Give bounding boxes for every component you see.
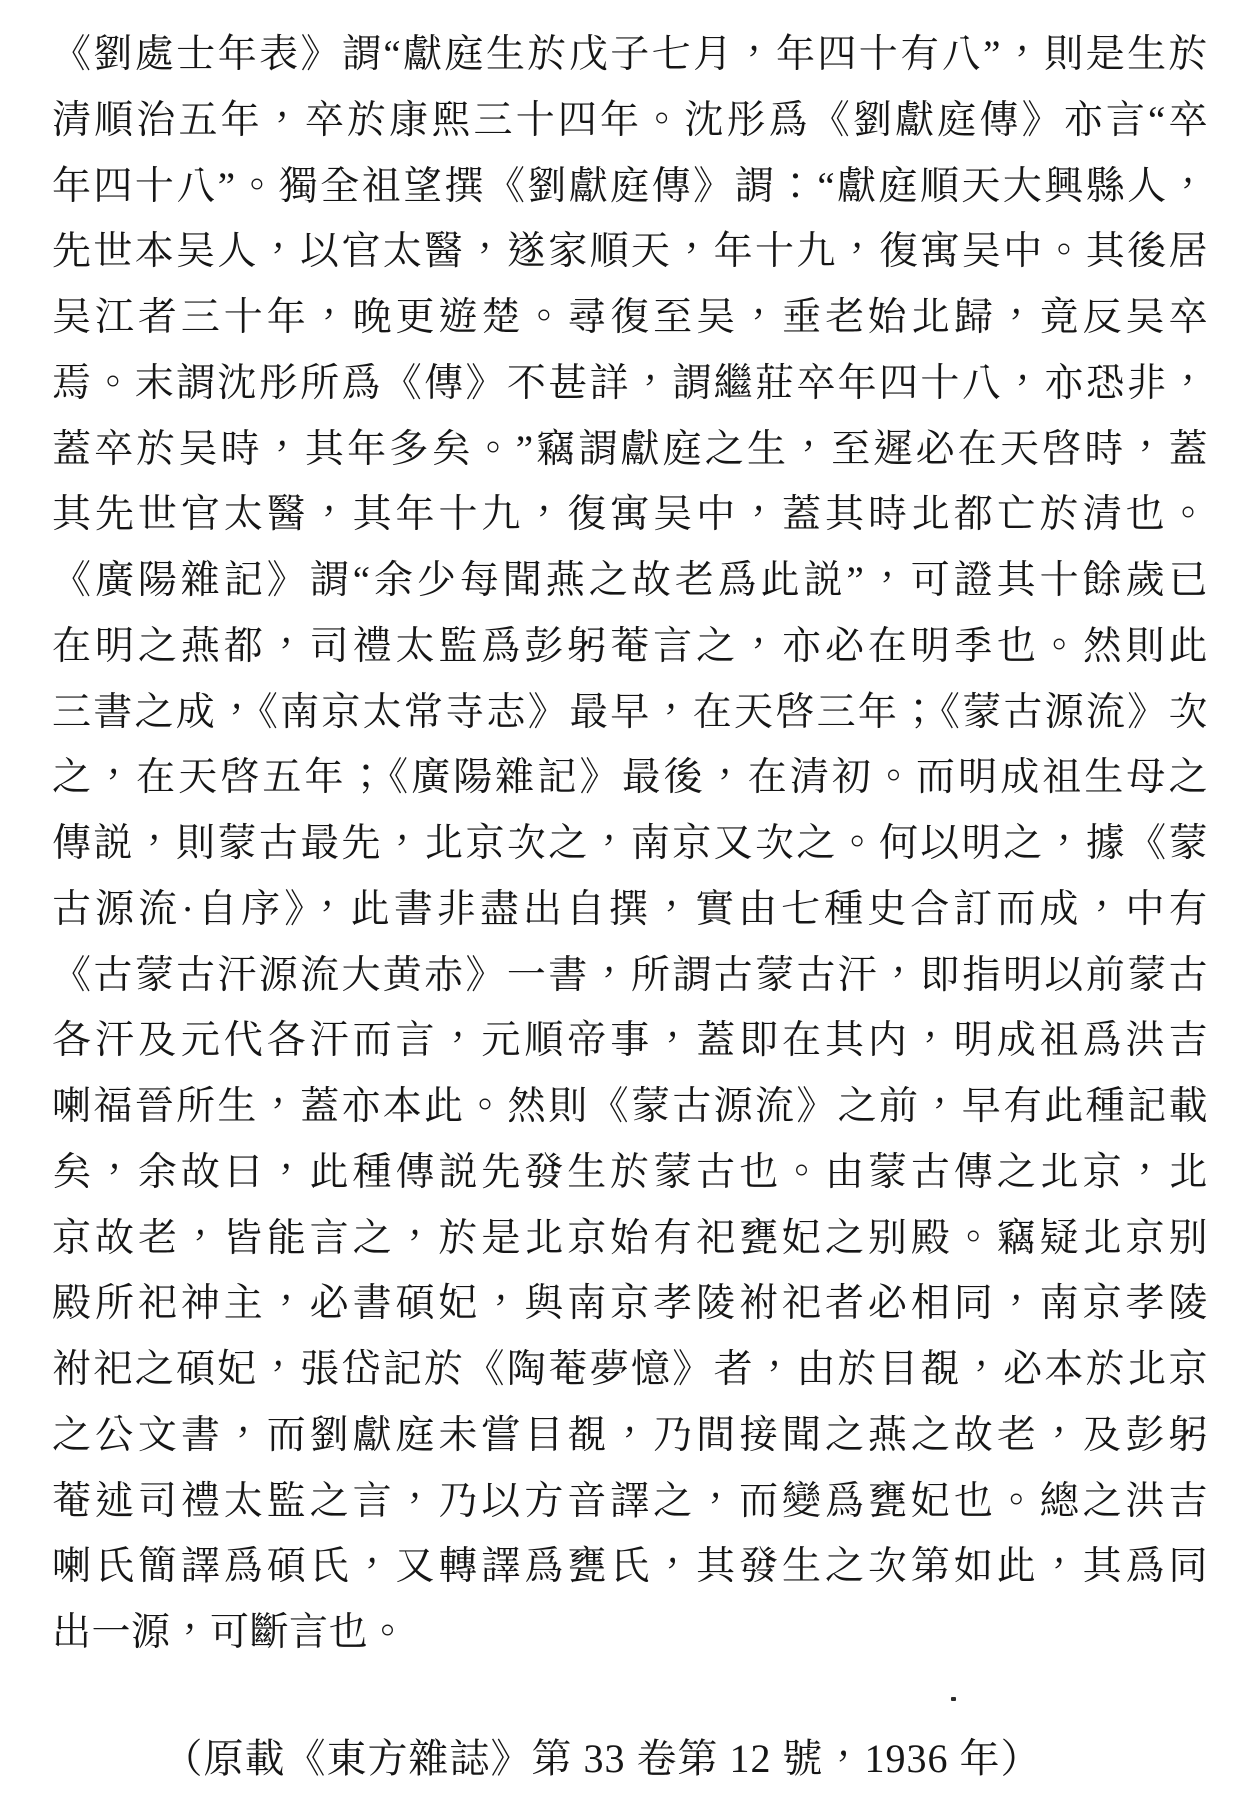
- text-line: 之公文書，而劉獻庭未嘗目覩，乃間接聞之燕之故老，及彭躬: [52, 1403, 1208, 1469]
- text-line: 之，在天啓五年；《廣陽雜記》最後，在清初。而明成祖生母之: [52, 745, 1208, 811]
- text-line: 喇氏簡譯爲碩氏，又轉譯爲甕氏，其發生之次第如此，其爲同: [52, 1534, 1208, 1600]
- text-line: 殿所祀神主，必書碩妃，與南京孝陵袝祀者必相同，南京孝陵: [52, 1271, 1208, 1337]
- text-line: 古源流·自序》，此書非盡出自撰，實由七種史合訂而成，中有: [52, 877, 1208, 943]
- text-line: 焉。末謂沈彤所爲《傳》不甚詳，謂繼莊卒年四十八，亦恐非，: [52, 351, 1208, 417]
- text-line: 《古蒙古汗源流大黄赤》一書，所謂古蒙古汗，即指明以前蒙古: [52, 943, 1208, 1009]
- text-line: 傳説，則蒙古最先，北京次之，南京又次之。何以明之，據《蒙: [52, 811, 1208, 877]
- text-line: 《廣陽雜記》謂“余少每聞燕之故老爲此説”，可證其十餘歲已: [52, 548, 1208, 614]
- text-line: 《劉處士年表》謂“獻庭生於戊子七月，年四十有八”，則是生於: [52, 22, 1208, 88]
- text-line: 喇福晉所生，蓋亦本此。然則《蒙古源流》之前，早有此種記載: [52, 1074, 1208, 1140]
- text-line: 袝祀之碩妃，張岱記於《陶菴夢憶》者，由於目覩，必本於北京: [52, 1337, 1208, 1403]
- document-page: 《劉處士年表》謂“獻庭生於戊子七月，年四十有八”，則是生於清順治五年，卒於康熙三…: [0, 0, 1258, 1811]
- text-line: 菴述司禮太監之言，乃以方音譯之，而變爲甕妃也。總之洪吉: [52, 1469, 1208, 1535]
- text-line: 矣，余故曰，此種傳説先發生於蒙古也。由蒙古傳之北京，北: [52, 1140, 1208, 1206]
- text-line: 吴江者三十年，晚更遊楚。尋復至吴，垂老始北歸，竟反吴卒: [52, 285, 1208, 351]
- text-line: 在明之燕都，司禮太監爲彭躬菴言之，亦必在明季也。然則此: [52, 614, 1208, 680]
- text-line: 其先世官太醫，其年十九，復寓吴中，蓋其時北都亡於清也。: [52, 482, 1208, 548]
- scan-artifact-dot: [951, 1697, 956, 1701]
- text-line: 出一源，可斷言也。: [52, 1600, 1208, 1666]
- text-line: 蓋卒於吴時，其年多矣。”竊謂獻庭之生，至遲必在天啓時，蓋: [52, 417, 1208, 483]
- text-line: 京故老，皆能言之，於是北京始有祀甕妃之别殿。竊疑北京别: [52, 1206, 1208, 1272]
- body-text: 《劉處士年表》謂“獻庭生於戊子七月，年四十有八”，則是生於清順治五年，卒於康熙三…: [52, 22, 1208, 1666]
- text-line: 年四十八”。獨全祖望撰《劉獻庭傳》謂：“獻庭順天大興縣人，: [52, 154, 1208, 220]
- text-line: 各汗及元代各汗而言，元順帝事，蓋即在其内，明成祖爲洪吉: [52, 1008, 1208, 1074]
- text-line: 清順治五年，卒於康熙三十四年。沈彤爲《劉獻庭傳》亦言“卒: [52, 88, 1208, 154]
- source-citation: （原載《東方雜誌》第 33 卷第 12 號，1936 年）: [0, 1726, 1258, 1792]
- text-line: 先世本吴人，以官太醫，遂家順天，年十九，復寓吴中。其後居: [52, 219, 1208, 285]
- text-line: 三書之成，《南京太常寺志》最早，在天啓三年；《蒙古源流》次: [52, 680, 1208, 746]
